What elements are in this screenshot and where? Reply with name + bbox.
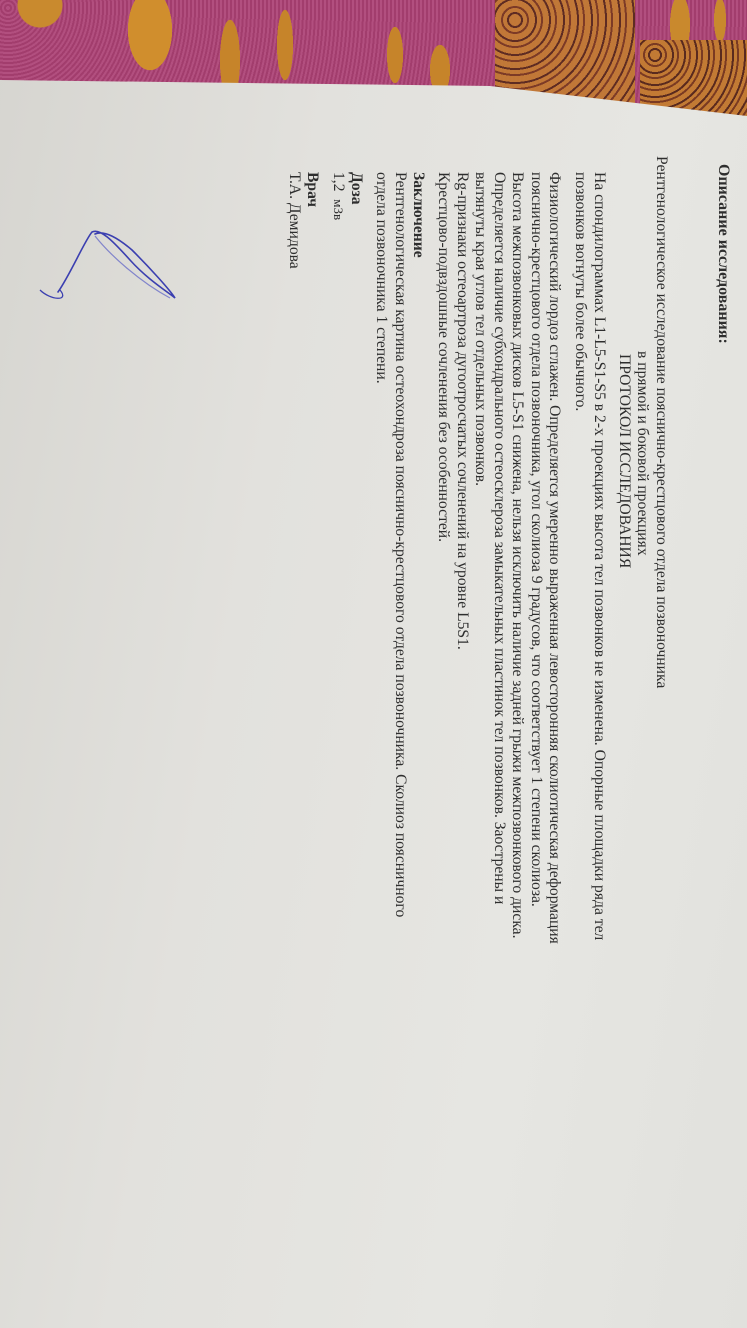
findings-line: пояснично-крестцового отдела позвоночник…: [527, 172, 545, 907]
dose-value: 1,2 мЗв: [329, 172, 347, 220]
findings-line: позвонков вогнуты более обычного.: [571, 172, 589, 411]
doctor-name: Т.А. Демидова: [285, 172, 303, 269]
study-title: Рентгенологическое исследование поясничн…: [652, 156, 670, 688]
protocol-heading: ПРОТОКОЛ ИССЛЕДОВАНИЯ: [615, 354, 633, 568]
dose-label: Доза: [347, 172, 365, 205]
findings-line: Крестцово-подвздошные сочленения без осо…: [434, 172, 452, 542]
rotated-document: Описание исследования: Рентгенологическо…: [12, 118, 732, 1318]
findings-line: Высота межпозвонковых дисков L5-S1 сниже…: [508, 172, 526, 938]
conclusion-heading: Заключение: [409, 172, 427, 258]
paper-sheet: Описание исследования: Рентгенологическо…: [0, 0, 747, 1328]
findings-line: вытянуты края углов тел отдельных позвон…: [471, 172, 489, 486]
findings-line: Rg-признаки остеоартроза дугоотросчатых …: [453, 172, 471, 650]
conclusion-line: Рентгенологическая картина остеохондроза…: [391, 172, 409, 917]
doctor-label: Врач: [303, 172, 321, 207]
section-title: Описание исследования:: [714, 164, 732, 344]
findings-line: Физиологический лордоз сглажен. Определя…: [545, 172, 563, 944]
conclusion-line: отдела позвоночника 1 степени.: [372, 172, 390, 384]
findings-line: На спондилограммах L1-L5-S1-S5 в 2-х про…: [590, 172, 608, 940]
study-projections: в прямой и боковой проекциях: [633, 351, 651, 556]
dose-number: 1,2: [330, 172, 347, 192]
findings-line: Определяется наличие субхондрального ост…: [490, 172, 508, 904]
dose-unit: мЗв: [331, 199, 346, 220]
